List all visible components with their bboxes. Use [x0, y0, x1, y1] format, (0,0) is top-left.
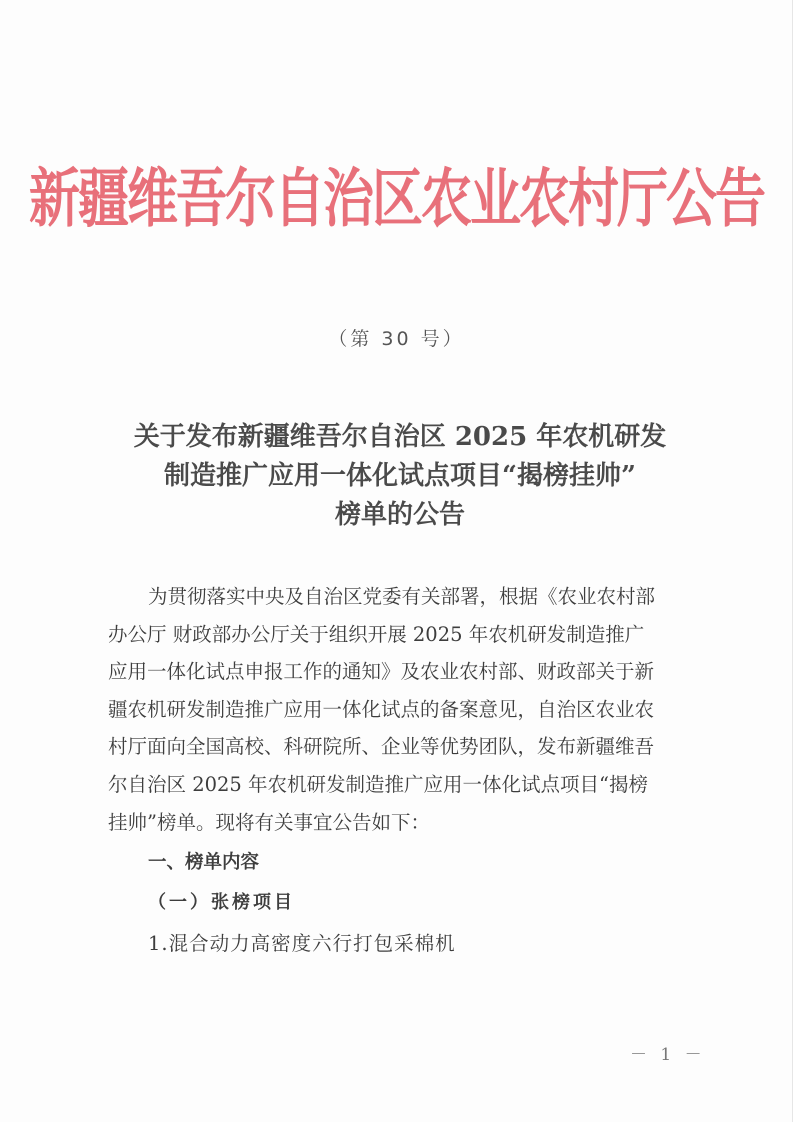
section-heading-list-content: 一、榜单内容 — [148, 848, 259, 874]
body-line: 为贯彻落实中央及自治区党委有关部署，根据《农业农村部 — [108, 578, 693, 616]
body-line: 疆农机研发制造推广应用一体化试点的备案意见，自治区农业农 — [108, 691, 693, 729]
document-number: （第 30 号） — [0, 324, 793, 351]
title-line: 关于发布新疆维吾尔自治区 2025 年农机研发 — [100, 418, 700, 457]
body-paragraph: 为贯彻落实中央及自治区党委有关部署，根据《农业农村部 办公厅 财政部办公厅关于组… — [108, 578, 693, 841]
body-line: 应用一体化试点申报工作的通知》及农业农村部、财政部关于新 — [108, 653, 693, 691]
body-line: 村厅面向全国高校、科研院所、企业等优势团队，发布新疆维吾 — [108, 728, 693, 766]
title-line: 榜单的公告 — [100, 496, 700, 535]
masthead-title: 新疆维吾尔自治区农业农村厅公告 — [0, 168, 793, 232]
subsection-heading-listed-projects: （一）张榜项目 — [148, 888, 295, 914]
project-item: 1.混合动力高密度六行打包采棉机 — [148, 928, 456, 956]
page-number: － 1 － — [630, 1040, 706, 1065]
body-line: 尔自治区 2025 年农机研发制造推广应用一体化试点项目“揭榜 — [108, 766, 693, 804]
document-page: 新疆维吾尔自治区农业农村厅公告 （第 30 号） 关于发布新疆维吾尔自治区 20… — [0, 0, 793, 1122]
body-line: 挂帅”榜单。现将有关事宜公告如下： — [108, 804, 693, 842]
title-line: 制造推广应用一体化试点项目“揭榜挂帅” — [100, 457, 700, 496]
announcement-title: 关于发布新疆维吾尔自治区 2025 年农机研发 制造推广应用一体化试点项目“揭榜… — [100, 418, 700, 535]
body-line: 办公厅 财政部办公厅关于组织开展 2025 年农机研发制造推广 — [108, 616, 693, 654]
